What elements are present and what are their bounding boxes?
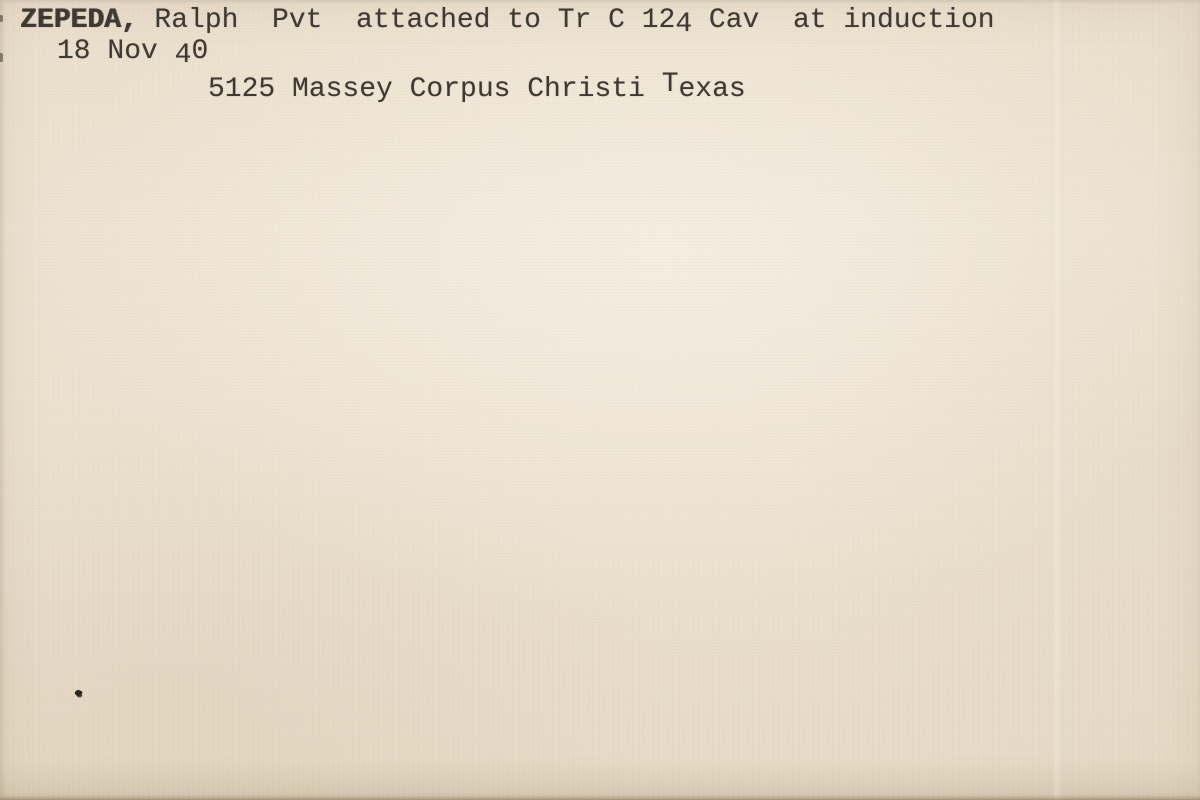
typed-text-segment: 4 (675, 8, 692, 42)
card-bottom-edge (0, 795, 1200, 800)
typed-text-segment: ZEPEDA, (20, 4, 138, 38)
typed-text-segment: Cav at induction (692, 4, 994, 38)
typed-text-block: ZEPEDA, Ralph Pvt attached to Tr C 124 C… (0, 0, 1200, 800)
line-address: 5125 Massey Corpus Christi Texas (208, 73, 746, 107)
typed-text-segment: T (662, 68, 679, 102)
line-name-rank-unit: ZEPEDA, Ralph Pvt attached to Tr C 124 C… (20, 4, 995, 38)
typed-text-segment: exas (679, 73, 746, 107)
typed-text-segment: Ralph Pvt attached to Tr C 12 (138, 4, 676, 38)
line-induction-date: 18 Nov 40 (57, 35, 208, 69)
typed-text-segment: 5125 Massey Corpus Christi (208, 73, 662, 107)
left-edge-smudge (0, 15, 3, 22)
typed-text-segment: 0 (191, 35, 208, 69)
typed-text-segment: 18 Nov (57, 35, 175, 69)
typed-text-segment: 4 (175, 39, 192, 73)
left-edge-smudge (0, 53, 3, 62)
index-card: ZEPEDA, Ralph Pvt attached to Tr C 124 C… (0, 0, 1200, 800)
